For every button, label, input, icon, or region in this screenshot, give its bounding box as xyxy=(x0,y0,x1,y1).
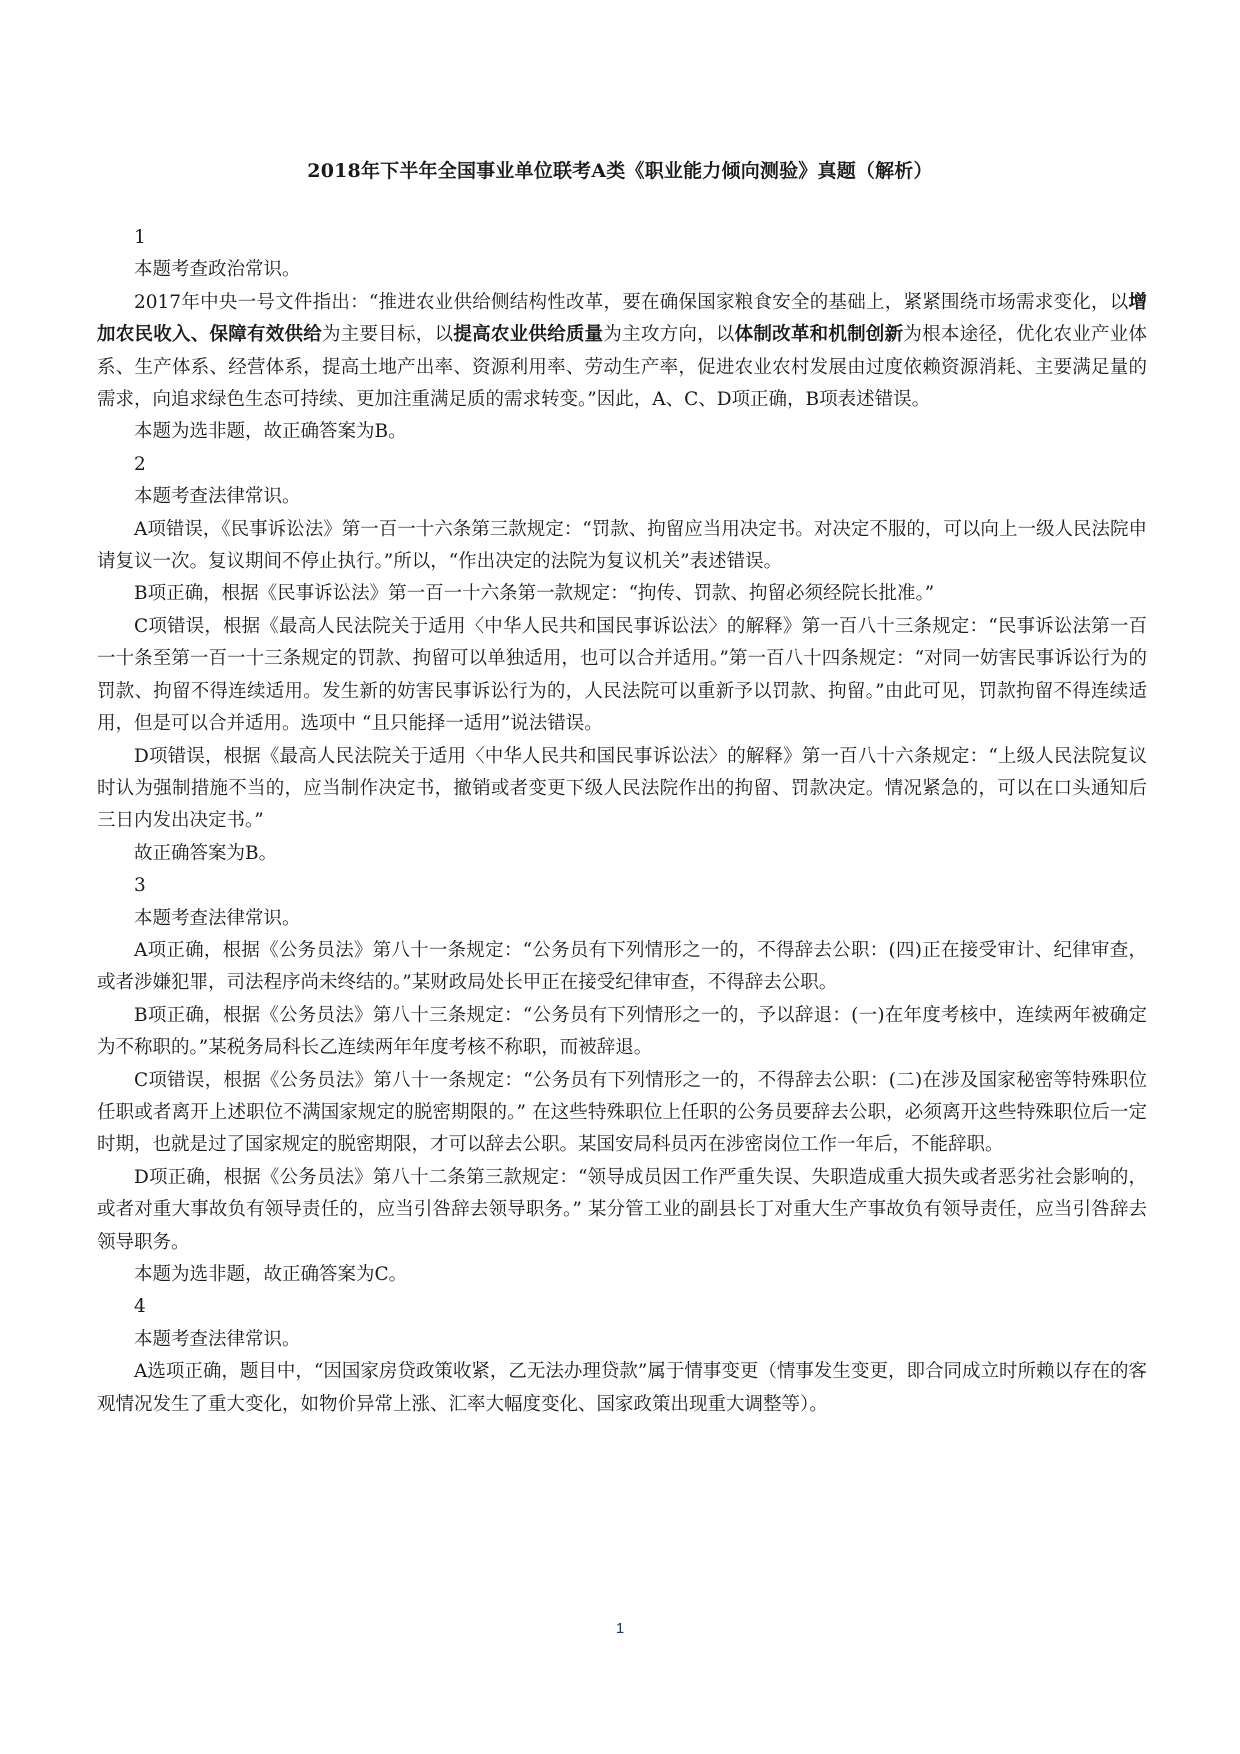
option-analysis-c: C项错误，根据《公务员法》第八十一条规定：“公务员有下列情形之一的，不得辞去公职… xyxy=(97,1065,1147,1162)
question-number: 4 xyxy=(97,1291,1147,1323)
text-run: 为主攻方向，以 xyxy=(603,324,734,345)
option-analysis-b: B项正确，根据《公务员法》第八十三条规定：“公务员有下列情形之一的，予以辞退：(… xyxy=(97,1000,1147,1065)
option-analysis-c: C项错误，根据《最高人民法院关于适用〈中华人民共和国民事诉讼法〉的解释》第一百八… xyxy=(97,611,1147,741)
question-topic: 本题考查法律常识。 xyxy=(97,1324,1147,1356)
document-page: 2018年下半年全国事业单位联考A类《职业能力倾向测验》真题（解析） 1 本题考… xyxy=(0,0,1240,1754)
text-run: 2017年中央一号文件指出：“推进农业供给侧结构性改革，要在确保国家粮食安全的基… xyxy=(134,292,1128,313)
explanation-paragraph: 2017年中央一号文件指出：“推进农业供给侧结构性改革，要在确保国家粮食安全的基… xyxy=(97,287,1147,417)
document-title: 2018年下半年全国事业单位联考A类《职业能力倾向测验》真题（解析） xyxy=(0,156,1240,183)
bold-text-run: 体制改革和机制创新 xyxy=(735,324,904,345)
answer-line: 故正确答案为B。 xyxy=(97,838,1147,870)
page-number: 1 xyxy=(0,1620,1240,1637)
question-topic: 本题考查政治常识。 xyxy=(97,254,1147,286)
question-topic: 本题考查法律常识。 xyxy=(97,903,1147,935)
bold-text-run: 提高农业供给质量 xyxy=(453,324,603,345)
answer-line: 本题为选非题，故正确答案为C。 xyxy=(97,1259,1147,1291)
question-number: 1 xyxy=(97,222,1147,254)
question-number: 2 xyxy=(97,449,1147,481)
option-analysis-a: A项错误，《民事诉讼法》第一百一十六条第三款规定：“罚款、拘留应当用决定书。对决… xyxy=(97,514,1147,579)
document-body: 1 本题考查政治常识。 2017年中央一号文件指出：“推进农业供给侧结构性改革，… xyxy=(97,222,1147,1421)
option-analysis-d: D项正确，根据《公务员法》第八十二条第三款规定：“领导成员因工作严重失误、失职造… xyxy=(97,1162,1147,1259)
option-analysis-a: A项正确，根据《公务员法》第八十一条规定：“公务员有下列情形之一的，不得辞去公职… xyxy=(97,935,1147,1000)
option-analysis-a: A选项正确，题目中，“因国家房贷政策收紧，乙无法办理贷款”属于情事变更（情事发生… xyxy=(97,1356,1147,1421)
answer-line: 本题为选非题，故正确答案为B。 xyxy=(97,416,1147,448)
question-topic: 本题考查法律常识。 xyxy=(97,481,1147,513)
text-run: 为主要目标，以 xyxy=(322,324,453,345)
option-analysis-b: B项正确，根据《民事诉讼法》第一百一十六条第一款规定：“拘传、罚款、拘留必须经院… xyxy=(97,578,1147,610)
question-number: 3 xyxy=(97,870,1147,902)
option-analysis-d: D项错误，根据《最高人民法院关于适用〈中华人民共和国民事诉讼法〉的解释》第一百八… xyxy=(97,741,1147,838)
